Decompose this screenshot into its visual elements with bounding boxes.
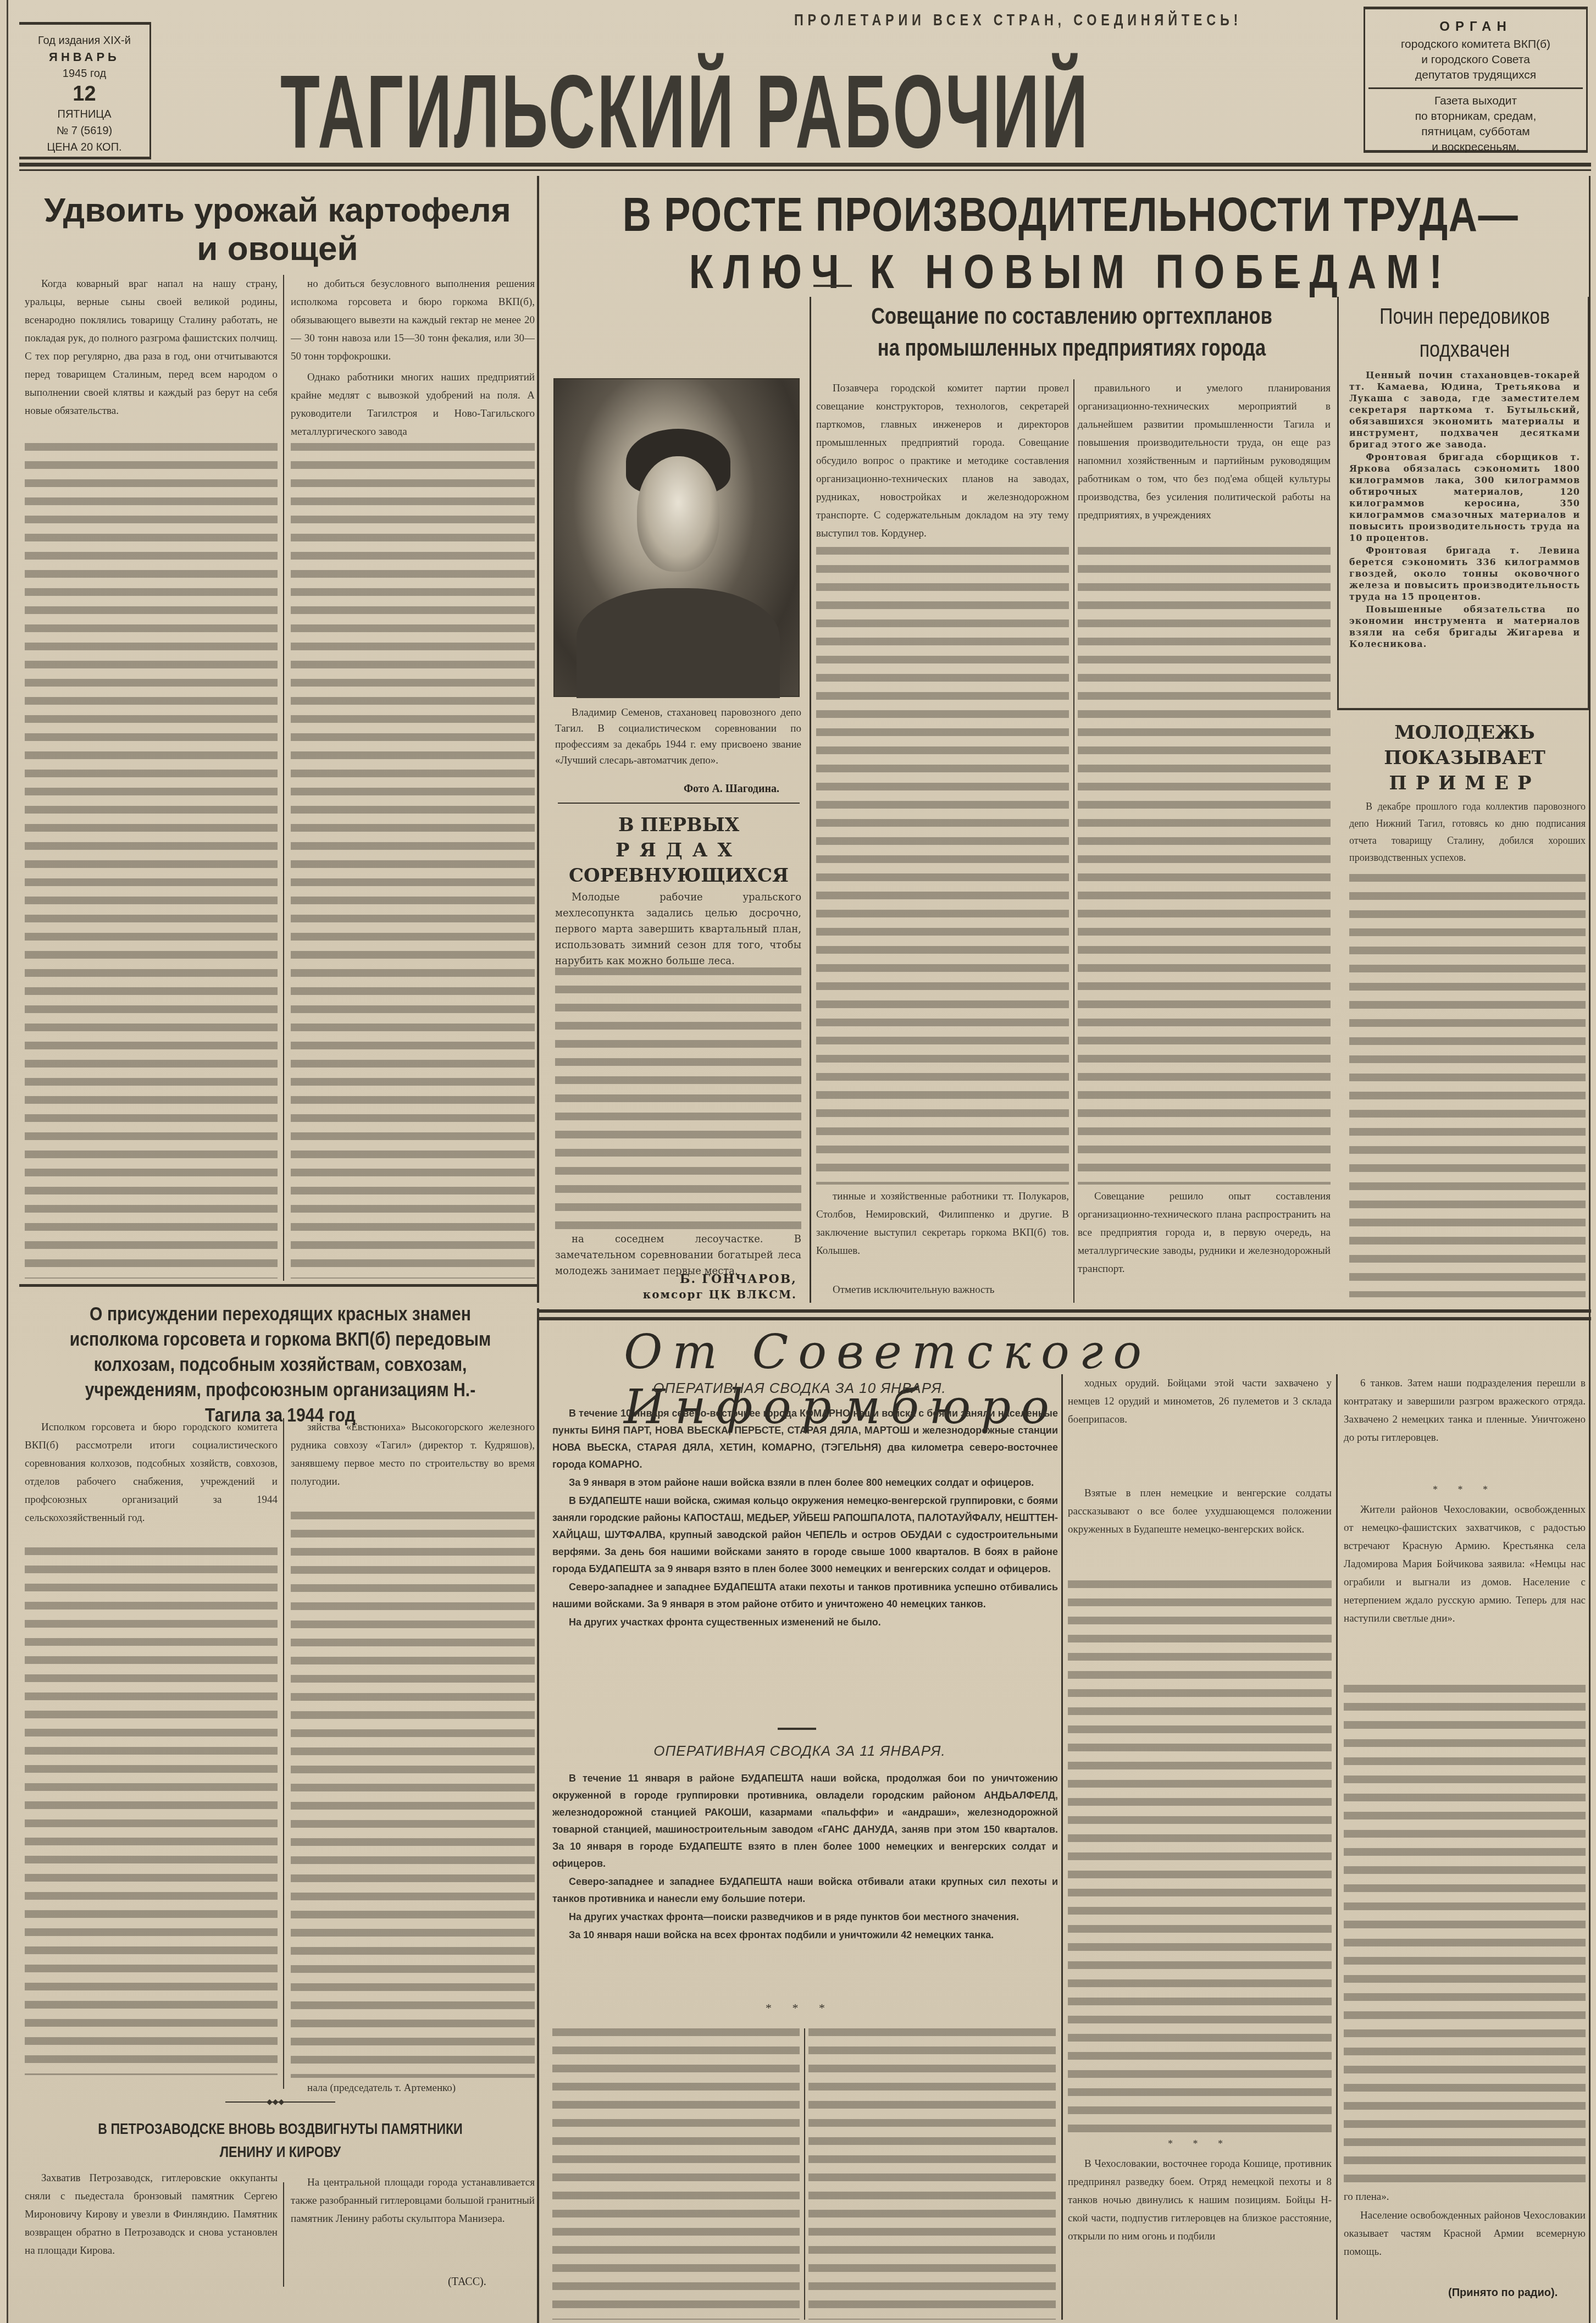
informburo-col1b-continued [808,2028,1056,2320]
svodka10-text: В течение 10 января северо-восточнее гор… [552,1405,1058,1768]
lead-headline: В РОСТЕ ПРОИЗВОДИТЕЛЬНОСТИ ТРУДА— КЛЮЧ К… [552,186,1404,300]
informburo-col2-p2: Взятые в плен немецкие и венгерские солд… [1068,1484,1332,1578]
schedule-line: и воскресеньям. [1365,140,1586,155]
schedule-line: Газета выходит [1365,93,1586,109]
issue-day: 12 [19,82,149,106]
orgtech-headline: Совещание по составлению оргтехпланов на… [862,300,1282,364]
headline-line: подхвачен [1360,333,1570,366]
orgtech-col1-end: тинные и хозяйственные работники тт. Пол… [816,1187,1069,1278]
headline-line: ПОКАЗЫВАЕТ [1341,745,1588,771]
column-rule [537,1308,539,2323]
informburo-col3-quote-end: го плена». [1344,2188,1586,2206]
organ-line: городского комитета ВКП(б) [1365,37,1586,52]
photo-coat [577,588,780,698]
issue-info-box: Год издания XIX-й ЯНВАРЬ 1945 год 12 ПЯТ… [19,22,151,159]
potato-col2-continued [291,443,535,1279]
informburo-col3-continued [1344,1685,1586,2185]
informburo-col2-start: ходных орудий. Бойцами этой части захвач… [1068,1374,1332,1484]
organ-line: и городского Совета [1365,52,1586,68]
slogan: ПРОЛЕТАРИИ ВСЕХ СТРАН, СОЕДИНЯЙТЕСЬ! [794,11,1242,30]
stars-divider: * * * [547,2001,1052,2015]
svodka-paragraph: На других участках фронта существенных и… [552,1614,1058,1631]
molodezh-continued [1349,874,1586,1297]
informburo-col2-continued [1068,1580,1332,2136]
petrozavodsk-col1: Захватив Петрозаводск, гитлеровские окку… [25,2169,278,2279]
pochin-paragraph: Повышенные обязательства по экономии инс… [1349,604,1580,650]
potato-headline: Удвоить урожай картофеля и овощей [30,191,525,268]
box-rule [1337,297,1339,709]
orgtech-col1-last: Отметив исключительную важность [816,1281,1069,1299]
svodka-paragraph: В течение 10 января северо-восточнее гор… [552,1405,1058,1473]
pervykh-headline: В ПЕРВЫХ РЯДАХ СОРЕВНУЮЩИХСЯ [552,812,805,888]
lead-headline-line1: В РОСТЕ ПРОИЗВОДИТЕЛЬНОСТИ ТРУДА— [552,186,1589,243]
informburo-rule [539,1309,1591,1313]
informburo-col1a-continued [552,2028,800,2320]
headline-line: РЯДАХ [552,838,805,863]
schedule-line: по вторникам, средам, [1365,109,1586,124]
petrozavodsk-source: (ТАСС). [448,2276,486,2288]
headline-line: В ПЕРВЫХ [552,812,805,838]
year-of-issue: Год издания XIX-й [19,32,149,49]
dash-divider [778,1728,816,1730]
svodka-paragraph: Северо-западнее и западнее БУДАПЕШТА наш… [552,1873,1058,1907]
pervykh-text: Молодые рабочие уральского мехлесопункта… [555,889,801,966]
svodka10-heading: ОПЕРАТИВНАЯ СВОДКА ЗА 10 ЯНВАРЯ. [547,1380,1052,1397]
issue-number: № 7 (5619) [19,123,149,139]
stars-divider: * * * [1068,2138,1332,2150]
newspaper-title: ТАГИЛЬСКИЙ РАБОЧИЙ [280,59,968,164]
svodka11-text: В течение 11 января в районе БУДАПЕШТА н… [552,1770,1058,2001]
informburo-col3-start: 6 танков. Затем наши подразделения переш… [1344,1374,1586,1484]
informburo-col3-zhiteli: Жители районов Чехословакии, освобожденн… [1344,1501,1586,1682]
section-rule [19,1284,537,1287]
svodka-paragraph: В течение 11 января в районе БУДАПЕШТА н… [552,1770,1058,1872]
znamena-col2-text: зяйства «Евстюниха» Высокогорского желез… [291,1418,535,1509]
radio-source: (Принято по радио). [1448,2287,1558,2299]
potato-col1-continued [25,443,278,1279]
orgtech-col2-end: Совещание решило опыт составления органи… [1078,1187,1331,1297]
pochin-paragraph: Фронтовая бригада сборщиков т. Яркова об… [1349,451,1580,544]
organ-divider [1368,87,1583,89]
issue-month: ЯНВАРЬ [19,49,149,65]
headline-line: ЛЕНИНУ И КИРОВУ [60,2141,500,2164]
issue-year: 1945 год [19,65,149,82]
svodka-paragraph: За 9 января в этом районе наши войска вз… [552,1474,1058,1491]
column-rule [1061,1374,1063,2320]
pochin-text: Ценный почин стахановцев-токарей тт. Кам… [1349,369,1580,705]
headline-line: и овощей [30,230,525,268]
dash-ornament [813,285,852,287]
orgtech-col2-continued [1078,547,1331,1185]
znamena-col2-end: нала (председатель т. Артеменко) [291,2079,535,2098]
masthead-rule-thin [19,169,1591,171]
svodka-paragraph: Северо-западнее и западнее БУДАПЕШТА ата… [552,1579,1058,1613]
headline-line: Почин передовиков [1360,300,1570,333]
petrozavodsk-headline: В ПЕТРОЗАВОДСКЕ ВНОВЬ ВОЗДВИГНУТЫ ПАМЯТН… [60,2117,500,2164]
pochin-headline: Почин передовиков подхвачен [1360,300,1570,366]
znamena-col1-text: Исполком горсовета и бюро городского ком… [25,1418,278,1545]
potato-col1-text: Когда коварный враг напал на нашу страну… [25,275,278,440]
wavy-divider [558,803,800,804]
schedule-line: пятницам, субботам [1365,124,1586,140]
znamena-headline: О присуждении переходящих красных знамен… [60,1302,500,1428]
portrait-photo [553,378,800,697]
svodka-paragraph: В БУДАПЕШТЕ наши войска, сжимая кольцо о… [552,1492,1058,1578]
molodezh-headline: МОЛОДЕЖЬ ПОКАЗЫВАЕТ ПРИМЕР [1341,720,1588,796]
orgtech-col2-text: правильного и умелого планирования орган… [1078,379,1331,544]
headline-line: МОЛОДЕЖЬ [1341,720,1588,745]
headline-line: СОРЕВНУЮЩИХСЯ [552,863,805,888]
petrozavodsk-col2: На центральной площади города устанавлив… [291,2173,535,2267]
column-rule [283,275,284,1281]
svodka-paragraph: За 10 января наши войска на всех фронтах… [552,1927,1058,1944]
lead-headline-line2: КЛЮЧ К НОВЫМ ПОБЕДАМ! [552,243,1589,300]
column-rule [537,176,539,1303]
headline-line: ПРИМЕР [1341,771,1588,796]
column-rule [1336,1374,1338,2320]
column-rule [283,1418,284,2089]
informburo-col3-last: Население освобожденных районов Чехослов… [1344,2206,1586,2261]
page-edge-rule [1589,176,1591,2323]
box-rule-bottom [1337,708,1590,710]
organ-line: депутатов трудящихся [1365,68,1586,83]
photo-face [637,456,719,572]
organ-heading: ОРГАН [1365,19,1586,35]
orgtech-col1-text: Позавчера городской комитет партии прове… [816,379,1069,544]
dash-ornament [1278,281,1300,284]
pochin-paragraph: Фронтовая бригада т. Левина берется сэко… [1349,545,1580,602]
pervykh-author-title: комсорг ЦК ВЛКСМ. [555,1285,797,1304]
column-rule [804,2028,805,2320]
orgtech-col1-continued [816,547,1069,1185]
issue-weekday: ПЯТНИЦА [19,106,149,123]
headline-line: В ПЕТРОЗАВОДСКЕ ВНОВЬ ВОЗДВИГНУТЫ ПАМЯТН… [60,2117,500,2141]
issue-price: ЦЕНА 20 КОП. [19,139,149,156]
svodka11-heading: ОПЕРАТИВНАЯ СВОДКА ЗА 11 ЯНВАРЯ. [547,1743,1052,1760]
svodka-paragraph: На других участках фронта—поиски разведч… [552,1909,1058,1926]
pervykh-continued [555,967,801,1231]
headline-line: Удвоить урожай картофеля [30,191,525,230]
potato-col2-text-2: Однако работники многих наших предприяти… [291,368,535,441]
informburo-rule [539,1317,1591,1320]
photo-credit: Фото А. Шагодина. [555,783,801,795]
headline-line: на промышленных предприятиях города [862,332,1282,364]
stars-divider: * * * [1344,1484,1586,1496]
newspaper-page: Год издания XIX-й ЯНВАРЬ 1945 год 12 ПЯТ… [7,0,1589,2323]
photo-caption: Владимир Семенов, стахановец паровозного… [555,705,801,768]
column-rule [1073,379,1074,1303]
znamena-col1-continued [25,1547,278,2075]
znamena-col2-continued [291,1512,535,2078]
organ-box: ОРГАН городского комитета ВКП(б) и город… [1364,7,1588,153]
masthead-rule [19,163,1591,167]
diamond-ornament-icon: ◆◆◆ [267,2098,284,2107]
pochin-paragraph: Ценный почин стахановцев-токарей тт. Кам… [1349,369,1580,450]
informburo-col2-chekh: В Чехословакии, восточнее города Кошице,… [1068,2155,1332,2303]
potato-col2-text: но добиться безусловного выполнения реше… [291,275,535,366]
column-rule [283,2182,284,2287]
headline-line: Совещание по составлению оргтехпланов [862,300,1282,332]
molodezh-text: В декабре прошлого года коллектив парово… [1349,798,1586,871]
column-rule [810,297,811,1303]
